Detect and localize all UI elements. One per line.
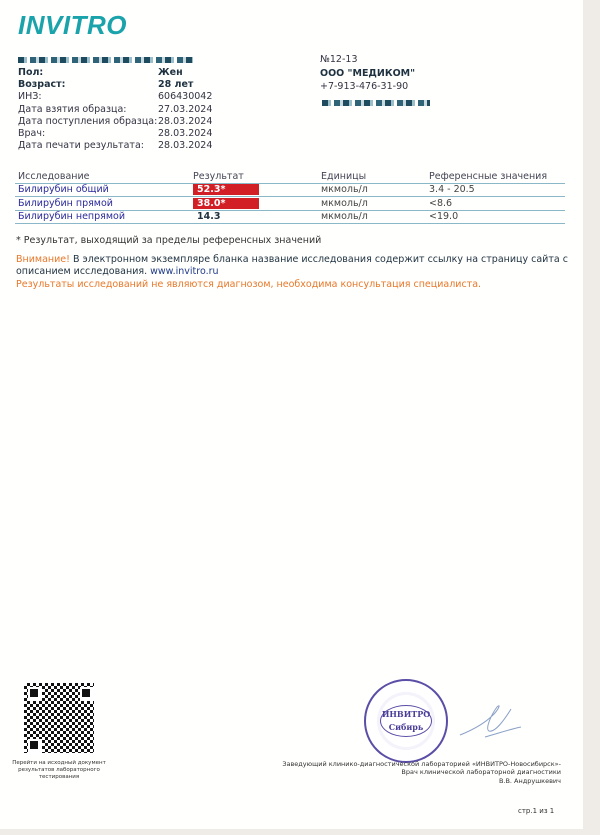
redacted-address <box>322 100 430 106</box>
qr-caption: Перейти на исходный документ результатов… <box>12 760 106 781</box>
result-unit: мкмоль/л <box>318 210 426 224</box>
patient-row-sample-date: Дата взятия образца: 27.03.2024 <box>18 104 212 116</box>
footnote: * Результат, выходящий за пределы рефере… <box>16 235 321 246</box>
document-page: INVITRO Пол: Жен Возраст: 28 лет ИНЗ: 60… <box>0 0 583 829</box>
table-row: Билирубин прямой 38.0* мкмоль/л <8.6 <box>15 197 565 211</box>
result-unit: мкмоль/л <box>318 183 426 197</box>
table-row: Билирубин непрямой 14.3 мкмоль/л <19.0 <box>15 210 565 224</box>
qr-code[interactable] <box>22 681 96 755</box>
test-name-link[interactable]: Билирубин непрямой <box>15 210 190 224</box>
attention-label: Внимание! <box>16 254 70 265</box>
clinic-name: ООО "МЕДИКОМ" <box>320 67 415 81</box>
patient-row-received-date: Дата поступления образца: 28.03.2024 <box>18 116 212 128</box>
clinic-phone: +7-913-476-31-90 <box>320 80 415 94</box>
attention-notice: Внимание! В электронном экземпляре бланк… <box>16 254 576 291</box>
patient-row-inz: ИНЗ: 606430042 <box>18 91 212 103</box>
result-value-flagged: 38.0* <box>193 198 259 209</box>
result-unit: мкмоль/л <box>318 197 426 211</box>
stamp-text: ИНВИТРО Сибирь <box>380 705 432 737</box>
disclaimer: Результаты исследований не являются диаг… <box>16 279 481 290</box>
signature-text: Заведующий клинико-диагностической лабор… <box>282 760 561 785</box>
reference-range: <8.6 <box>426 197 565 211</box>
invitro-link[interactable]: www.invitro.ru <box>150 266 218 277</box>
attention-text: В электронном экземпляре бланка название… <box>16 254 568 277</box>
clinic-info: №12-13 ООО "МЕДИКОМ" +7-913-476-31-90 <box>320 53 415 94</box>
patient-row-sex: Пол: Жен <box>18 67 212 79</box>
reference-range: 3.4 - 20.5 <box>426 183 565 197</box>
test-name-link[interactable]: Билирубин общий <box>15 183 190 197</box>
reference-range: <19.0 <box>426 210 565 224</box>
page-number: стр.1 из 1 <box>518 807 554 815</box>
order-number: №12-13 <box>320 53 415 67</box>
redacted-patient-name <box>18 57 193 63</box>
invitro-logo: INVITRO <box>18 10 127 41</box>
patient-info: Пол: Жен Возраст: 28 лет ИНЗ: 606430042 … <box>18 67 212 152</box>
result-value: 14.3 <box>193 211 259 222</box>
patient-row-print-date: Дата печати результата: 28.03.2024 <box>18 140 212 152</box>
results-table: Исследование Результат Единицы Референсн… <box>15 171 565 224</box>
col-result: Результат <box>190 171 318 183</box>
stamp-seal: ИНВИТРО Сибирь <box>364 679 448 763</box>
col-units: Единицы <box>318 171 426 183</box>
table-row: Билирубин общий 52.3* мкмоль/л 3.4 - 20.… <box>15 183 565 197</box>
results-header-row: Исследование Результат Единицы Референсн… <box>15 171 565 183</box>
test-name-link[interactable]: Билирубин прямой <box>15 197 190 211</box>
patient-row-doctor: Врач: 28.03.2024 <box>18 128 212 140</box>
col-test: Исследование <box>15 171 190 183</box>
col-reference: Референсные значения <box>426 171 565 183</box>
signature <box>455 695 525 745</box>
result-value-flagged: 52.3* <box>193 184 259 195</box>
patient-row-age: Возраст: 28 лет <box>18 79 212 91</box>
